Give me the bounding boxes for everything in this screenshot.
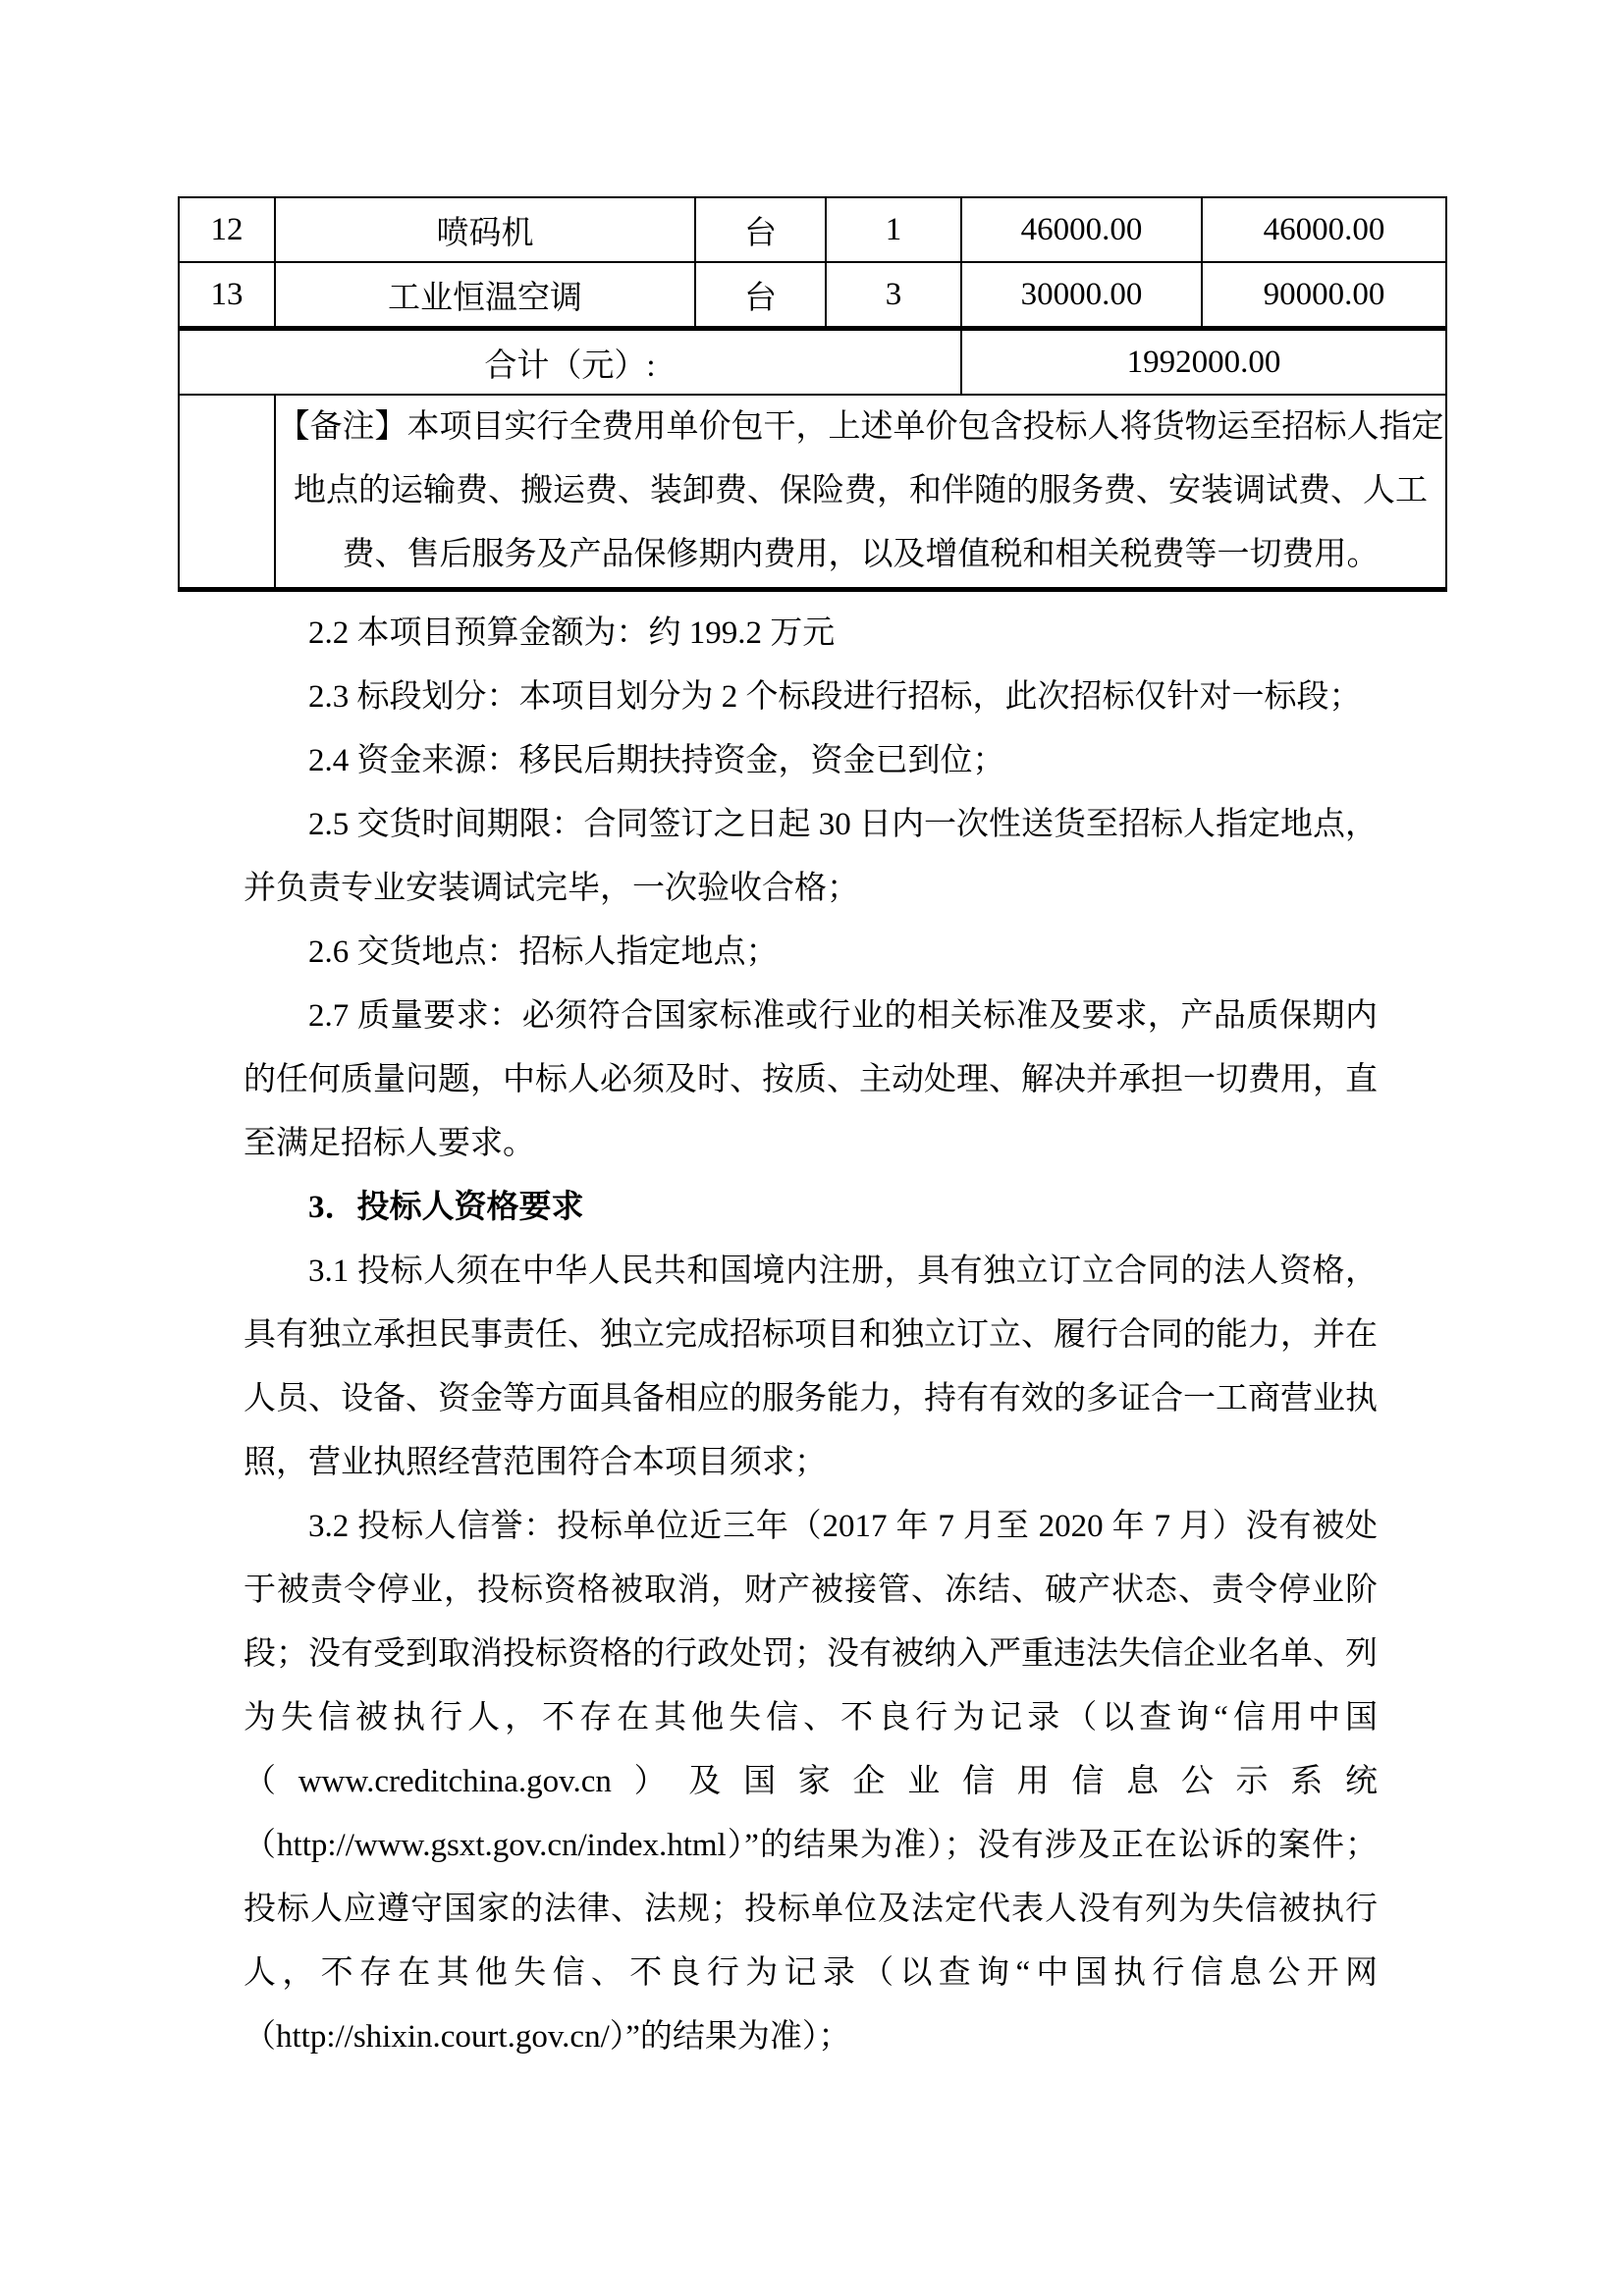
cell-total: 90000.00	[1202, 262, 1446, 329]
cell-total: 46000.00	[1202, 197, 1446, 262]
cell-item-name: 工业恒温空调	[275, 262, 695, 329]
paragraph-3-1: 3.1 投标人须在中华人民共和国境内注册，具有独立订立合同的法人资格，具有独立承…	[244, 1240, 1378, 1495]
cell-unit: 台	[695, 262, 826, 329]
cell-item-name: 喷码机	[275, 197, 695, 262]
cell-no: 13	[179, 262, 275, 329]
paragraph-2-7: 2.7 质量要求：必须符合国家标准或行业的相关标准及要求，产品质保期内的任何质量…	[244, 985, 1378, 1176]
table-row-12: 12 喷码机 台 1 46000.00 46000.00	[179, 197, 1446, 262]
remark-text: 【备注】本项目实行全费用单价包干，上述单价包含投标人将货物运至招标人指定地点的运…	[275, 395, 1446, 590]
body-text: 2.2 本项目预算金额为：约 199.2 万元 2.3 标段划分：本项目划分为 …	[244, 592, 1378, 2069]
paragraph-2-6: 2.6 交货地点：招标人指定地点；	[244, 921, 1378, 985]
cell-no: 12	[179, 197, 275, 262]
cell-unit-price: 30000.00	[961, 262, 1202, 329]
cell-unit-price: 46000.00	[961, 197, 1202, 262]
paragraph-2-4: 2.4 资金来源：移民后期扶持资金，资金已到位；	[244, 729, 1378, 793]
section-3-heading: 3．投标人资格要求	[244, 1176, 1378, 1240]
document-page: 12 喷码机 台 1 46000.00 46000.00 13 工业恒温空调 台…	[0, 0, 1624, 2296]
sum-label: 合计（元）:	[179, 329, 961, 396]
table-remark-row: 【备注】本项目实行全费用单价包干，上述单价包含投标人将货物运至招标人指定地点的运…	[179, 395, 1446, 590]
table-sum-row: 合计（元）: 1992000.00	[179, 329, 1446, 396]
paragraph-3-2: 3.2 投标人信誉：投标单位近三年（2017 年 7 月至 2020 年 7 月…	[244, 1495, 1378, 2069]
remark-empty-cell	[179, 395, 275, 590]
cell-unit: 台	[695, 197, 826, 262]
price-table: 12 喷码机 台 1 46000.00 46000.00 13 工业恒温空调 台…	[178, 196, 1447, 592]
sum-value: 1992000.00	[961, 329, 1446, 396]
cell-qty: 3	[826, 262, 961, 329]
table-row-13: 13 工业恒温空调 台 3 30000.00 90000.00	[179, 262, 1446, 329]
page-content: 12 喷码机 台 1 46000.00 46000.00 13 工业恒温空调 台…	[178, 196, 1445, 2069]
paragraph-2-2: 2.2 本项目预算金额为：约 199.2 万元	[244, 602, 1378, 666]
cell-qty: 1	[826, 197, 961, 262]
paragraph-2-3: 2.3 标段划分：本项目划分为 2 个标段进行招标，此次招标仅针对一标段；	[244, 666, 1378, 729]
paragraph-2-5: 2.5 交货时间期限：合同签订之日起 30 日内一次性送货至招标人指定地点，并负…	[244, 793, 1378, 921]
